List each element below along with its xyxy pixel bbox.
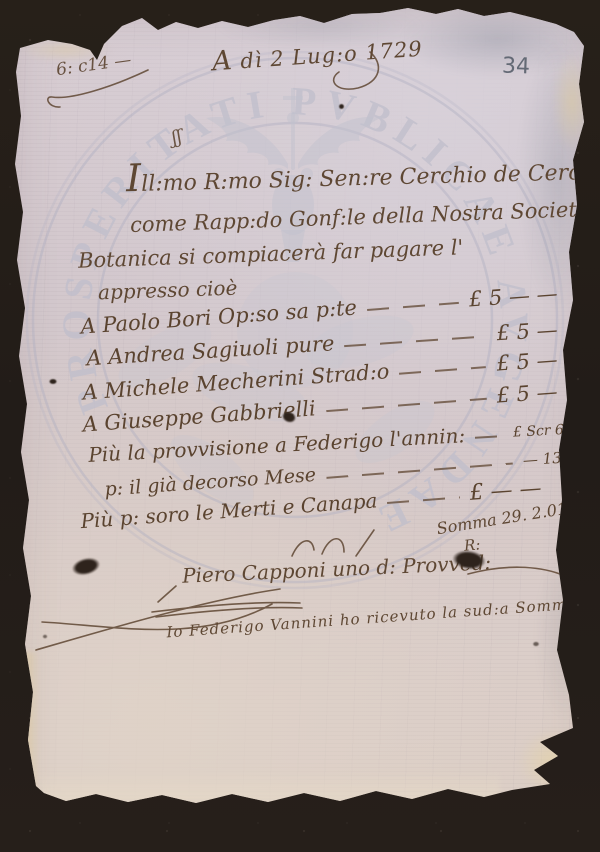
- amount-text: — 13 —: [522, 447, 582, 469]
- ink-speck: [338, 103, 345, 110]
- amount-text: £ Scr 6. 4: [513, 421, 582, 441]
- pen-dashes: [399, 366, 486, 375]
- pen-dashes: [387, 496, 459, 504]
- heading-line: appresso cioè: [98, 277, 238, 304]
- pen-dashes: [345, 335, 487, 347]
- pen-dashes: [475, 435, 503, 439]
- amount-text: £ 5 —: [496, 318, 558, 346]
- manuscript-page: PROSPERITATI PVBLICAE AVGENDAE: [0, 0, 600, 852]
- photograph-background: PROSPERITATI PVBLICAE AVGENDAE: [0, 0, 600, 852]
- ink-speck: [48, 378, 58, 385]
- ink-speck: [532, 641, 540, 647]
- pen-dashes: [326, 398, 487, 412]
- amount-text: £ 5 —: [496, 379, 559, 407]
- folio-number: 34: [502, 54, 531, 80]
- ink-speck: [42, 634, 48, 639]
- pen-dashes: [367, 302, 459, 311]
- amount-text: £ — —: [469, 476, 543, 506]
- amount-text: £ 5 —: [496, 347, 559, 375]
